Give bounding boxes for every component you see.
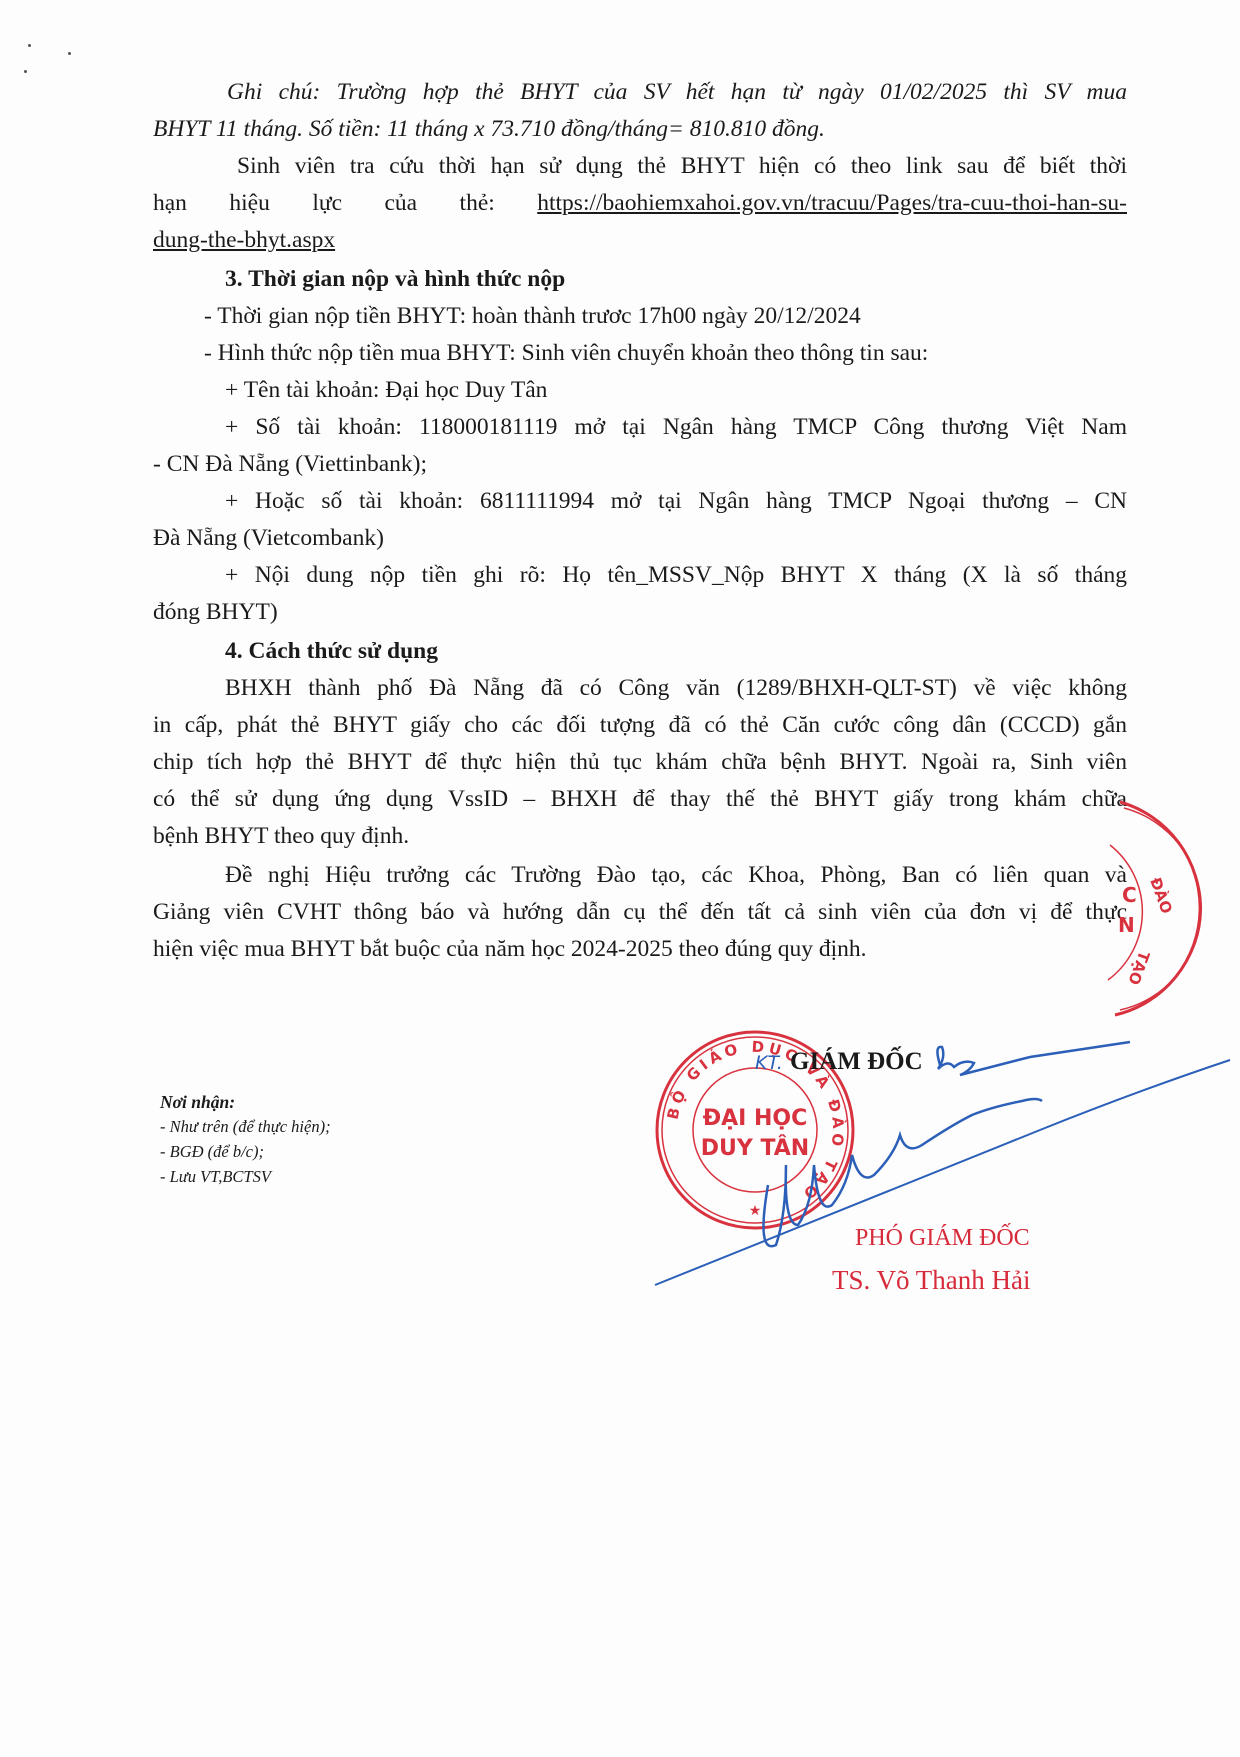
section-4-para-line-1: BHXH thành phố Đà Nẵng đã có Công văn (1… bbox=[153, 670, 1127, 707]
recipients-title: Nơi nhận: bbox=[160, 1090, 235, 1114]
note-line-2: BHYT 11 tháng. Số tiền: 11 tháng x 73.71… bbox=[153, 111, 1127, 148]
note-line-1: Ghi chú: Trường hợp thẻ BHYT của SV hết … bbox=[153, 74, 1127, 111]
deadline-line: - Thời gian nộp tiền BHYT: hoàn thành tr… bbox=[153, 298, 1178, 335]
account-1-line-1: + Số tài khoản: 118000181119 mở tại Ngân… bbox=[153, 409, 1127, 446]
content-line-2: đóng BHYT) bbox=[153, 594, 1127, 631]
request-line-3: hiện việc mua BHYT bắt buộc của năm học … bbox=[153, 931, 1127, 968]
lookup-link-part-2[interactable]: dung-the-bhyt.aspx bbox=[153, 227, 335, 253]
section-3-heading: 3. Thời gian nộp và hình thức nộp bbox=[153, 261, 1199, 298]
partial-stamp-right: ĐÀO TẠO C N bbox=[1080, 790, 1240, 1030]
svg-text:C: C bbox=[1122, 883, 1137, 907]
section-4-para-line-5: bệnh BHYT theo quy định. bbox=[153, 818, 1127, 855]
section-4-heading: 4. Cách thức sử dụng bbox=[153, 633, 1199, 670]
signer-name: TS. Võ Thanh Hải bbox=[832, 1265, 1031, 1296]
section-4-para-line-4: có thể sử dụng ứng dụng VssID – BHXH để … bbox=[153, 781, 1127, 818]
request-line-2: Giảng viên CVHT thông báo và hướng dẫn c… bbox=[153, 894, 1127, 931]
svg-text:ĐÀO: ĐÀO bbox=[1146, 875, 1176, 916]
section-4-para-line-3: chip tích hợp thẻ BHYT để thực hiện thủ … bbox=[153, 744, 1127, 781]
svg-text:TẠO: TẠO bbox=[1124, 949, 1153, 988]
method-line: - Hình thức nộp tiền mua BHYT: Sinh viên… bbox=[153, 335, 1178, 372]
lookup-line-3: dung-the-bhyt.aspx bbox=[153, 222, 1127, 259]
scan-artifact bbox=[28, 44, 31, 47]
account-name-line: + Tên tài khoản: Đại học Duy Tân bbox=[153, 372, 1199, 409]
lookup-line-1: Sinh viên tra cứu thời hạn sử dụng thẻ B… bbox=[153, 148, 1127, 185]
lookup-link-part-1[interactable]: https://baohiemxahoi.gov.vn/tracuu/Pages… bbox=[537, 190, 1127, 216]
section-4-para-line-2: in cấp, phát thẻ BHYT giấy cho các đối t… bbox=[153, 707, 1127, 744]
lookup-line-2: hạn hiệu lực của thẻ: https://baohiemxah… bbox=[153, 185, 1127, 222]
request-line-1: Đề nghị Hiệu trưởng các Trường Đào tạo, … bbox=[153, 857, 1127, 894]
recipient-item: - Lưu VT,BCTSV bbox=[160, 1165, 271, 1189]
handwritten-signature bbox=[640, 1020, 1240, 1300]
account-2-line-1: + Hoặc số tài khoản: 6811111994 mở tại N… bbox=[153, 483, 1127, 520]
account-2-line-2: Đà Nẵng (Vietcombank) bbox=[153, 520, 1127, 557]
recipient-item: - BGĐ (để b/c); bbox=[160, 1140, 264, 1164]
content-line-1: + Nội dung nộp tiền ghi rõ: Họ tên_MSSV_… bbox=[153, 557, 1127, 594]
lookup-prefix: hạn hiệu lực của thẻ: bbox=[153, 190, 537, 216]
scan-artifact bbox=[68, 52, 71, 55]
svg-text:N: N bbox=[1118, 913, 1135, 937]
recipient-item: - Như trên (để thực hiện); bbox=[160, 1115, 331, 1139]
account-1-line-2: - CN Đà Nẵng (Viettinbank); bbox=[153, 446, 1127, 483]
signer-role: PHÓ GIÁM ĐỐC bbox=[855, 1225, 1030, 1252]
document-page: Ghi chú: Trường hợp thẻ BHYT của SV hết … bbox=[0, 0, 1240, 1757]
scan-artifact bbox=[24, 70, 27, 73]
